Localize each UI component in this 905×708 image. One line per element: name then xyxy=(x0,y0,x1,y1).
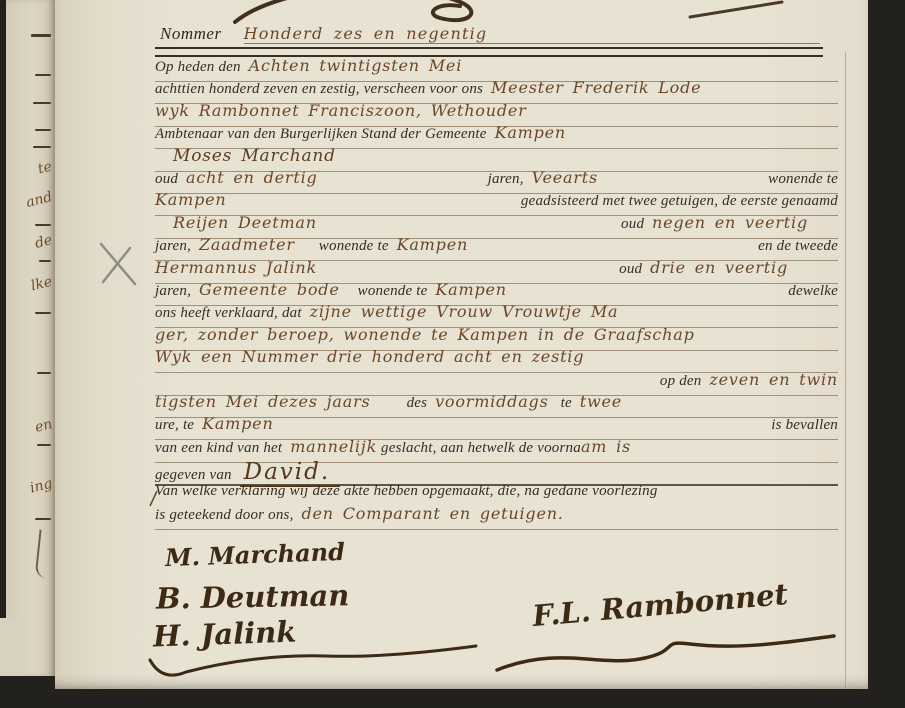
right-margin-rule xyxy=(845,52,846,688)
adjacent-rule-dash xyxy=(37,372,51,374)
adjacent-rule-dash xyxy=(35,74,51,76)
handwritten-text: ger, zonder beroep, wonende te Kampen in… xyxy=(155,327,695,343)
handwritten-text: voormiddags xyxy=(435,394,549,410)
handwritten-text: acht en dertig xyxy=(186,170,318,186)
adjacent-line-fragment: ing xyxy=(28,476,54,497)
printed-text: ure, te xyxy=(155,418,202,433)
printed-text: dewelke xyxy=(788,284,838,299)
handwritten-text: twee xyxy=(580,394,622,410)
adjacent-rule-dash xyxy=(35,312,51,314)
handwritten-text: Meester Frederik Lode xyxy=(491,80,701,96)
handwritten-text: Veearts xyxy=(532,170,598,186)
act-line: oud acht en dertigjaren, Veeartswonende … xyxy=(155,170,838,194)
handwritten-text: tigsten Mei dezes jaars xyxy=(155,394,371,410)
handwritten-text: Reijen Deetman xyxy=(173,215,317,231)
printed-text: en de tweede xyxy=(758,239,838,254)
handwritten-text: wyk Rambonnet Franciszoon, Wethouder xyxy=(155,103,527,119)
handwritten-text: Achten twintigsten Mei xyxy=(249,58,463,74)
adjacent-line-fragment: te xyxy=(36,159,53,178)
adjacent-rule-dash xyxy=(31,34,51,37)
act-line: ure, te Kampenis bevallen xyxy=(155,416,838,440)
printed-text: achttien honderd zeven en zestig, versch… xyxy=(155,82,491,97)
printed-text: wonende te xyxy=(319,239,397,254)
printed-text: geadsisteerd met twee getuigen, de eerst… xyxy=(521,194,838,209)
handwritten-text: Kampen xyxy=(495,125,566,141)
printed-text: oud xyxy=(155,172,186,187)
handwritten-text: drie en veertig xyxy=(650,260,788,276)
adjacent-line-fragment: de xyxy=(33,232,54,252)
printed-text: is bevallen xyxy=(771,418,838,433)
handwritten-text: Kampen xyxy=(202,416,273,432)
handwritten-text: Gemeente bode xyxy=(199,282,340,298)
printed-text: van een kind van het xyxy=(155,441,290,456)
adjacent-rule-dash xyxy=(39,260,51,262)
printed-text: jaren, xyxy=(155,284,199,299)
handwritten-text: negen en veertig xyxy=(652,215,808,231)
handwritten-text: Kampen xyxy=(435,282,506,298)
nommer-value: Honderd zes en negentig xyxy=(244,24,820,44)
handwritten-text: Kampen xyxy=(155,192,226,208)
printed-text: des xyxy=(407,396,436,411)
printed-text: gegeven van xyxy=(155,468,240,483)
nommer-row: Nommer Honderd zes en negentig xyxy=(160,24,820,46)
printed-text: oud xyxy=(619,262,650,277)
printed-text: is geteekend door ons, xyxy=(155,508,301,523)
adjacent-line-fragment: en xyxy=(33,416,54,436)
handwritten-text: zijne wettige Vrouw Vrouwtje Ma xyxy=(310,304,619,320)
handwritten-text: Moses Marchand xyxy=(173,148,336,165)
printed-text: Ambtenaar van den Burgerlijken Stand der… xyxy=(155,127,495,142)
adjacent-rule-dash xyxy=(35,129,51,131)
handwritten-text: mannelijk xyxy=(290,439,377,455)
adjacent-rule-dash xyxy=(33,102,51,104)
adjacent-page-bottom-corner xyxy=(0,618,26,676)
adjacent-line-fragment: and xyxy=(24,189,53,211)
signature-jalink: H. Jalink xyxy=(152,615,296,654)
handwritten-text: Hermannus Jalink xyxy=(155,260,317,276)
adjacent-pen-stroke xyxy=(35,530,52,579)
printed-text: jaren, xyxy=(488,172,532,187)
printed-text: wonende te xyxy=(768,172,838,187)
handwritten-text: zeven en twin xyxy=(709,372,838,388)
handwritten-text: Kampen xyxy=(397,237,468,253)
handwritten-text: Zaadmeter xyxy=(199,237,295,253)
adjacent-rule-dash xyxy=(37,444,51,446)
handwritten-text: Wyk een Nummer drie honderd acht en zest… xyxy=(155,349,584,365)
scanned-birth-certificate: teanddelkeening Nommer Honderd zes en ne… xyxy=(0,0,905,708)
adjacent-rule-dash xyxy=(35,224,51,226)
printed-text: Van welke verklaring wij deze akte hebbe… xyxy=(155,484,658,499)
adjacent-rule-dash xyxy=(33,146,51,148)
printed-text: Op heden den xyxy=(155,60,249,75)
printed-text: oud xyxy=(621,217,652,232)
printed-text: ons heeft verklaard, dat xyxy=(155,306,310,321)
adjacent-line-fragment: lke xyxy=(29,274,53,295)
handwritten-text: am is xyxy=(581,439,631,455)
act-line: is geteekend door ons, den Comparant en … xyxy=(155,506,838,530)
printed-text: te xyxy=(561,396,580,411)
adjacent-page-edge: teanddelkeening xyxy=(6,0,55,676)
nommer-label: Nommer xyxy=(160,24,222,44)
printed-text: op den xyxy=(660,374,710,389)
handwritten-text: den Comparant en getuigen. xyxy=(301,506,563,522)
adjacent-rule-dash xyxy=(35,518,51,520)
printed-text: geslacht, aan hetwelk de voorna xyxy=(377,441,581,456)
printed-text: wonende te xyxy=(358,284,436,299)
signature-deetman: B. Deutman xyxy=(156,578,350,615)
printed-text: jaren, xyxy=(155,239,199,254)
